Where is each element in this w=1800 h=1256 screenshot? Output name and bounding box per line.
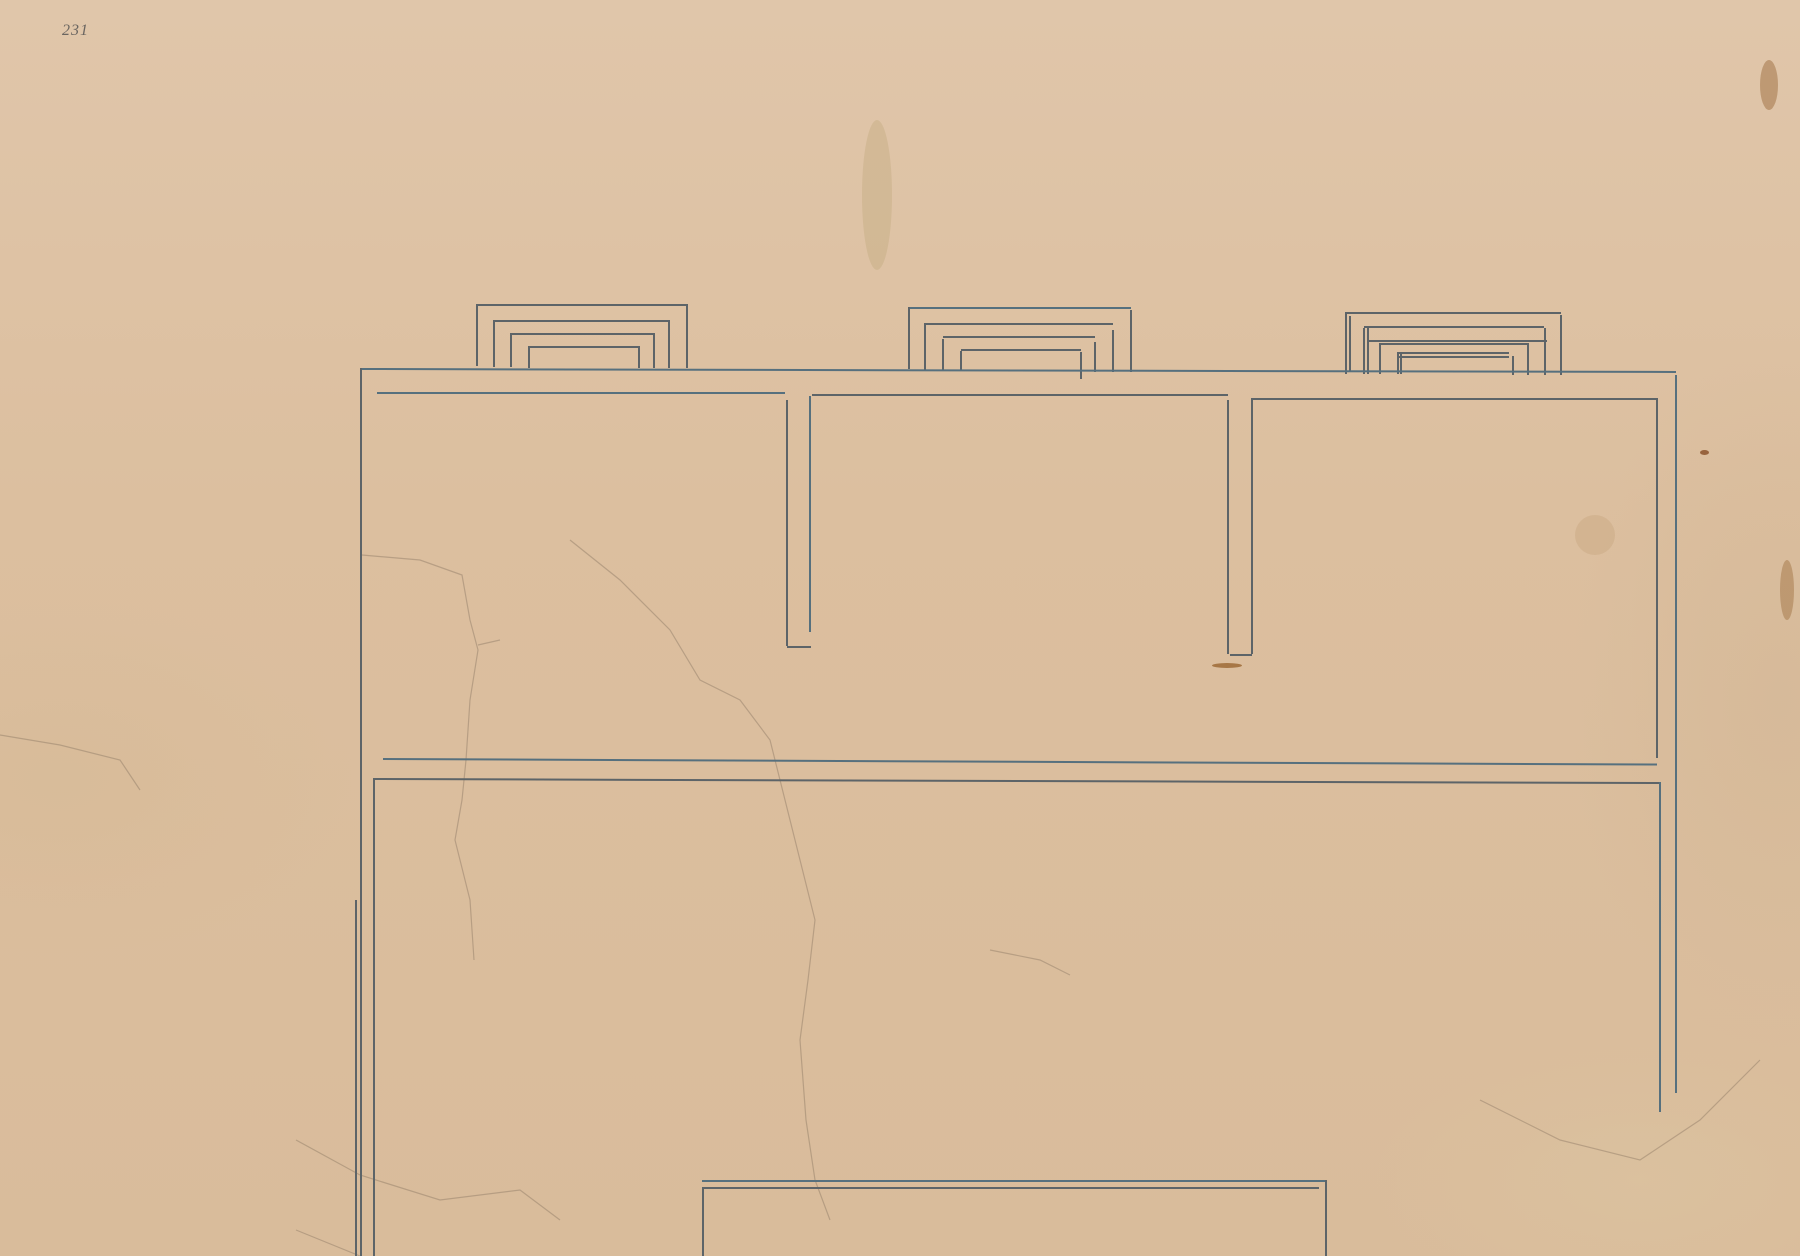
drawing-sheet: 231	[0, 0, 1800, 1256]
paper-cracks	[0, 0, 1800, 1256]
